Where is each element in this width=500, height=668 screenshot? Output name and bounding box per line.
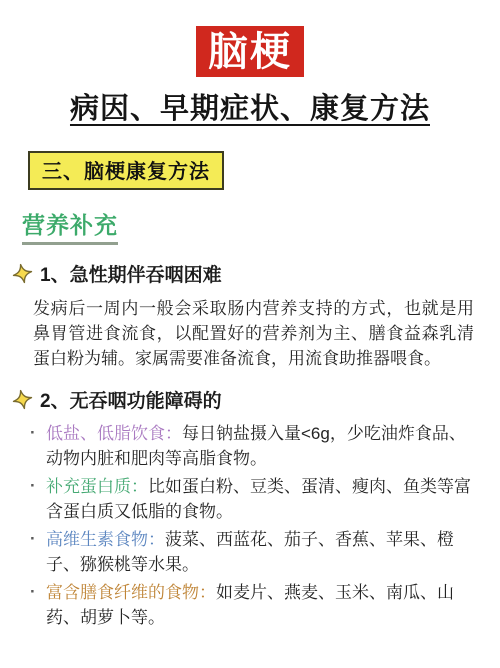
section-1-heading-row: 1、急性期伴吞咽困难 <box>12 260 500 287</box>
star-icon <box>10 387 35 412</box>
diet-bullet-label: 低盐、低脂饮食： <box>46 424 182 443</box>
section-2-heading-row: 2、无吞咽功能障碍的 <box>12 386 500 413</box>
note-page: 脑梗 病因、早期症状、康复方法 三、脑梗康复方法 营养补充 1、急性期伴吞咽困难… <box>0 0 500 668</box>
title-badge-row: 脑梗 <box>0 0 500 77</box>
diet-bullet-label: 高维生素食物： <box>46 530 165 549</box>
diet-bullet-item: ·高维生素食物：菠菜、西蓝花、茄子、香蕉、苹果、橙子、猕猴桃等水果。 <box>46 527 476 577</box>
bullet-dot-icon: · <box>30 473 36 498</box>
section-1-body: 发病后一周内一般会采取肠内营养支持的方式，也就是用鼻胃管进食流食，以配置好的营养… <box>33 296 474 371</box>
page-title: 病因、早期症状、康复方法 <box>0 86 500 127</box>
title-badge: 脑梗 <box>196 26 304 77</box>
section-banner-row: 三、脑梗康复方法 <box>28 151 500 190</box>
bullet-dot-icon: · <box>30 526 36 551</box>
diet-list: ·低盐、低脂饮食：每日钠盐摄入量<6g，少吃油炸食品、动物内脏和肥肉等高脂食物。… <box>0 421 500 630</box>
bullet-dot-icon: · <box>30 579 36 604</box>
diet-bullet-item: ·补充蛋白质：比如蛋白粉、豆类、蛋清、瘦肉、鱼类等富含蛋白质又低脂的食物。 <box>46 474 476 524</box>
diet-bullet-label: 富含膳食纤维的食物： <box>46 583 216 602</box>
diet-bullet-label: 补充蛋白质： <box>46 477 148 496</box>
bullet-dot-icon: · <box>30 420 36 445</box>
diet-bullet-item: ·低盐、低脂饮食：每日钠盐摄入量<6g，少吃油炸食品、动物内脏和肥肉等高脂食物。 <box>46 421 476 471</box>
section-banner: 三、脑梗康复方法 <box>28 151 224 190</box>
diet-bullet-item: ·富含膳食纤维的食物：如麦片、燕麦、玉米、南瓜、山药、胡萝卜等。 <box>46 580 476 630</box>
star-icon <box>10 261 35 286</box>
subheading-row: 营养补充 <box>22 207 500 245</box>
section-1-heading: 1、急性期伴吞咽困难 <box>40 260 222 287</box>
subheading-nutrition: 营养补充 <box>22 207 118 245</box>
section-2-heading: 2、无吞咽功能障碍的 <box>40 386 222 413</box>
